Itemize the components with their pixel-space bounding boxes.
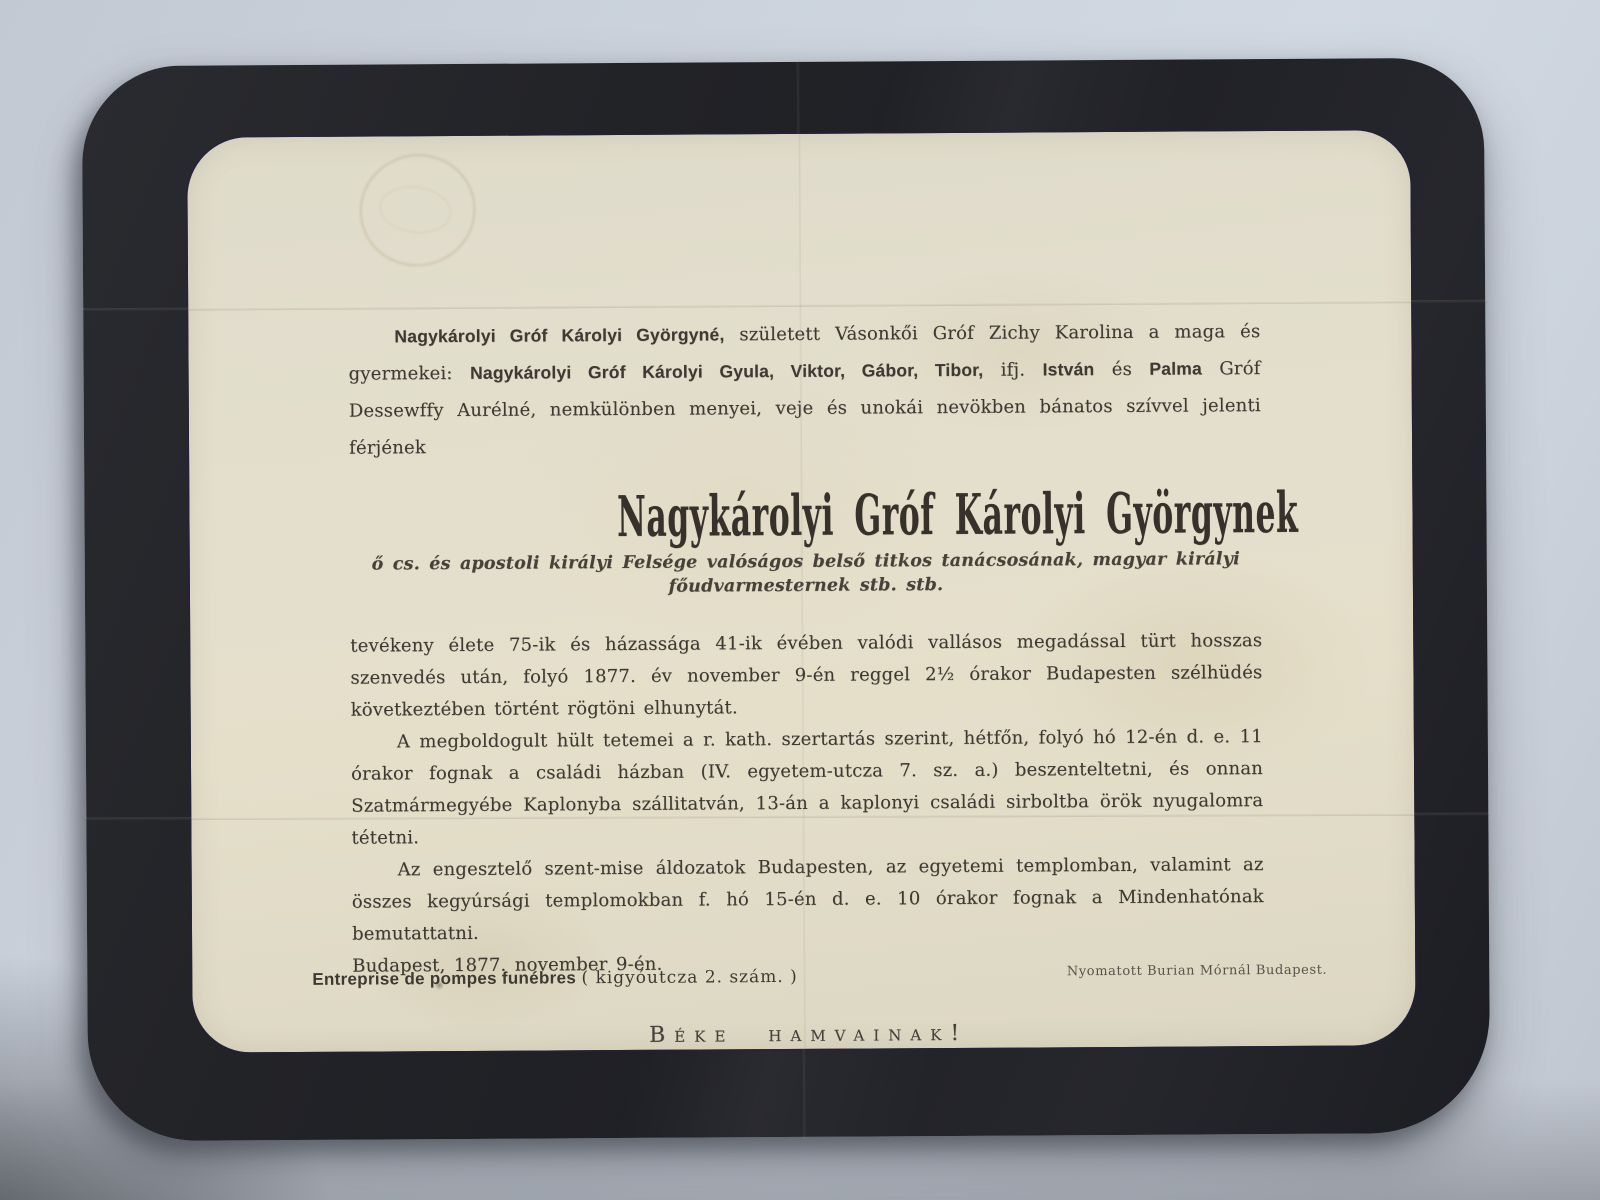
intro-text: ifj.	[983, 359, 1042, 380]
child-name-palma: Palma	[1149, 358, 1202, 378]
faint-stamp-ghost	[348, 142, 488, 279]
body-paragraph-death: tevékeny élete 75-ik és házassága 41-ik …	[350, 625, 1263, 727]
mourning-card-black-border: Nagykárolyi Gróf Károlyi Györgyné, szüle…	[82, 58, 1491, 1142]
motto-beke-hamvainak: Béke hamvainak!	[353, 1019, 1265, 1050]
funeral-home-imprint: Entreprise de pompes funébres ( kigyóutc…	[312, 967, 798, 990]
deceased-name-heading: Nagykárolyi Gróf Károlyi Györgynek	[617, 483, 1299, 547]
funeral-home-name: Entreprise de pompes funébres	[312, 968, 576, 989]
intro-paragraph: Nagykárolyi Gróf Károlyi Györgyné, szüle…	[348, 313, 1261, 467]
child-name-istvan: István	[1043, 359, 1095, 379]
body-paragraph-mass: Az engesztelő szent-mise áldozatok Budap…	[352, 849, 1265, 951]
body-paragraphs: tevékeny élete 75-ik és házassága 41-ik …	[350, 625, 1264, 983]
deceased-name-heading-wrap: Nagykárolyi Gróf Károlyi Györgynek	[349, 483, 1261, 549]
announcement-paper: Nagykárolyi Gróf Károlyi Györgyné, szüle…	[187, 130, 1416, 1052]
widow-name: Nagykárolyi Gróf Károlyi Györgyné,	[394, 324, 724, 346]
deceased-titles-subtitle: ő cs. és apostoli királyi Felsége valósá…	[350, 547, 1262, 601]
intro-text: és	[1094, 359, 1149, 380]
photo-backdrop: Nagykárolyi Gróf Károlyi Györgyné, szüle…	[0, 0, 1600, 1200]
printer-imprint: Nyomatott Burian Mórnál Budapest.	[1067, 963, 1328, 980]
body-paragraph-funeral: A megboldogult hült tetemei a r. kath. s…	[351, 721, 1264, 855]
children-names: Nagykárolyi Gróf Károlyi Gyula, Viktor, …	[470, 360, 983, 383]
announcement-text-block: Nagykárolyi Gróf Károlyi Györgyné, szüle…	[348, 313, 1264, 1050]
funeral-home-address: ( kigyóutcza 2. szám. )	[581, 967, 797, 988]
